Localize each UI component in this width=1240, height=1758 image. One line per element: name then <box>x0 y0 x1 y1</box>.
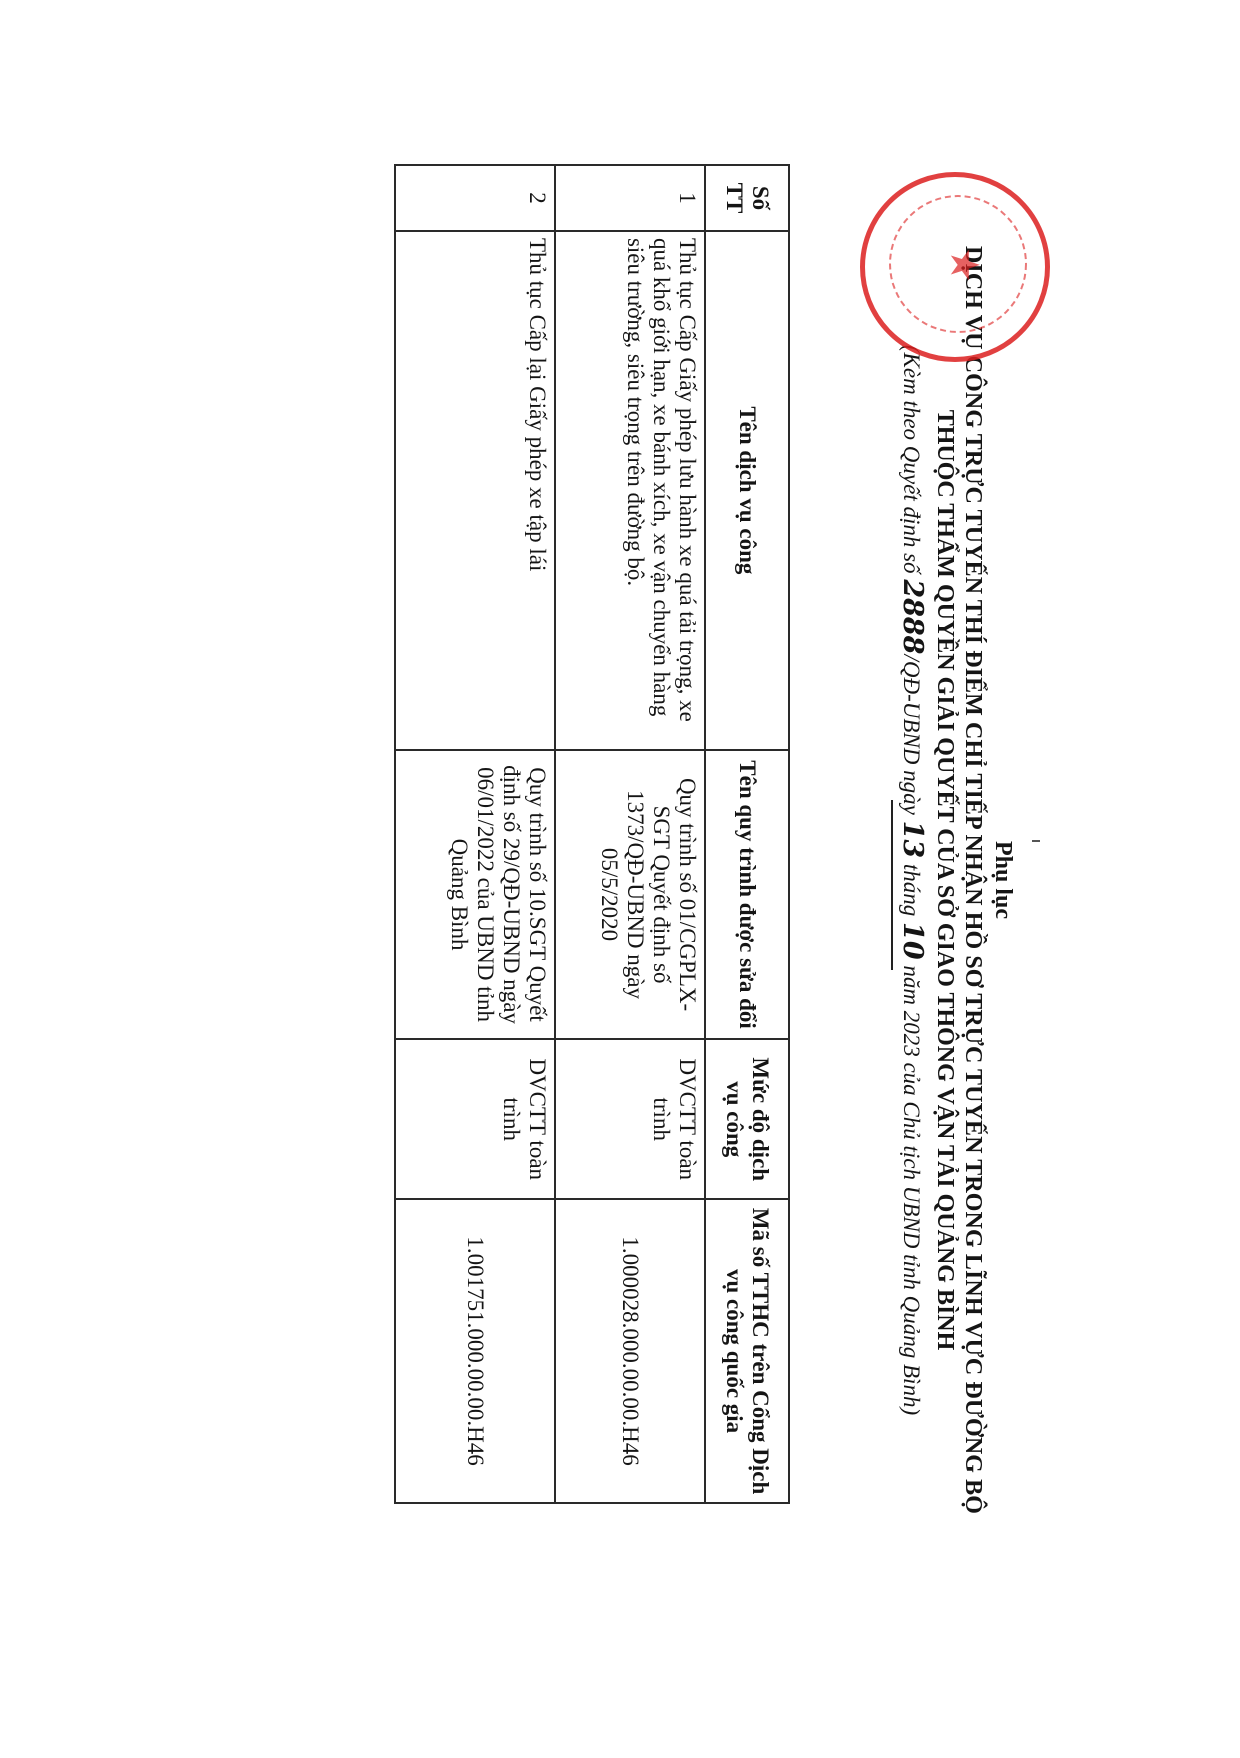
header-service-name: Tên dịch vụ công <box>705 231 789 750</box>
official-seal-icon: ★ <box>860 172 1050 362</box>
table-row: 2 Thủ tục Cấp lại Giấy phép xe tập lái Q… <box>395 165 555 1503</box>
decision-day: 13 <box>897 821 928 859</box>
row-no: 1 <box>555 165 705 231</box>
row-code: 1.001751.000.00.00.H46 <box>395 1199 555 1503</box>
row-process: Quy trình số 01/CGPLX-SGT Quyết định số … <box>555 750 705 1040</box>
table-header-row: Số TT Tên dịch vụ công Tên quy trình đượ… <box>705 165 789 1503</box>
subtitle-mid2: tháng <box>899 858 924 922</box>
services-table: Số TT Tên dịch vụ công Tên quy trình đượ… <box>394 164 790 1504</box>
scan-mark <box>1032 840 1040 842</box>
subtitle-mid1: /QĐ-UBND ngày <box>899 654 924 820</box>
subtitle-suffix: năm 2023 của Chủ tịch UBND tỉnh Quảng Bì… <box>899 960 924 1416</box>
decision-month: 10 <box>897 922 928 960</box>
header-service-level: Mức độ dịch vụ công <box>705 1039 789 1199</box>
row-level: DVCTT toàn trình <box>555 1039 705 1199</box>
header-procedure-code: Mã số TTHC trên Cổng Dịch vụ công quốc g… <box>705 1199 789 1503</box>
seal-star-icon: ★ <box>941 247 987 283</box>
table-row: 1 Thủ tục Cấp Giấy phép lưu hành xe quá … <box>555 165 705 1503</box>
row-process: Quy trình số 10.SGT Quyết định số 29/QĐ-… <box>395 750 555 1040</box>
row-level: DVCTT toàn trình <box>395 1039 555 1199</box>
row-no: 2 <box>395 165 555 231</box>
row-service-name: Thủ tục Cấp lại Giấy phép xe tập lái <box>395 231 555 750</box>
row-service-name: Thủ tục Cấp Giấy phép lưu hành xe quá tả… <box>555 231 705 750</box>
row-code: 1.000028.000.00.00.H46 <box>555 1199 705 1503</box>
title-underline <box>891 800 893 970</box>
header-process-name: Tên quy trình được sửa đổi <box>705 750 789 1040</box>
document-page: Phụ lục DỊCH VỤ CÔNG TRỰC TUYẾN THÍ ĐIỂM… <box>40 60 1040 1700</box>
header-no: Số TT <box>705 165 789 231</box>
decision-number: 2888 <box>897 579 928 654</box>
subtitle-prefix: (Kèm theo Quyết định số <box>899 345 924 579</box>
